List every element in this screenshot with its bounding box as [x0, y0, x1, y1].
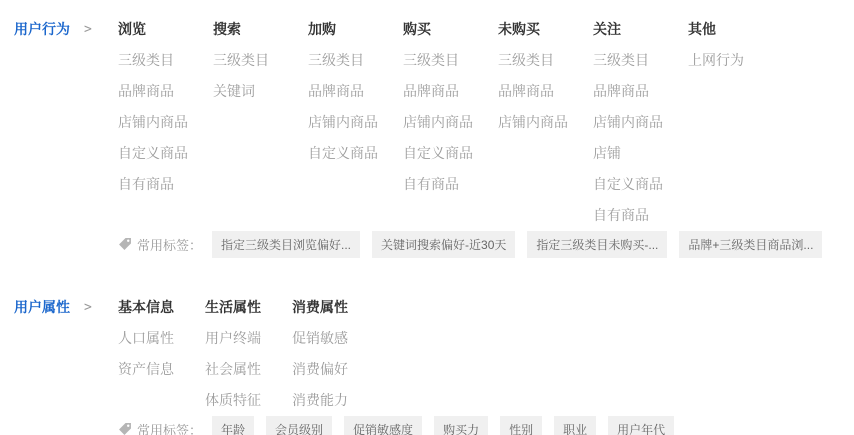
tag-icon: [118, 237, 132, 251]
column-item[interactable]: 社会属性: [205, 353, 292, 384]
column-item[interactable]: 品牌商品: [403, 75, 498, 106]
column-item[interactable]: 关键词: [213, 75, 308, 106]
column-header: 加购: [308, 19, 403, 39]
audience-tag-picker: 用户行为 > 浏览 三级类目品牌商品店铺内商品自定义商品自有商品 搜索 三级类目…: [0, 0, 854, 435]
column-item[interactable]: 资产信息: [118, 353, 205, 384]
category-columns: 浏览 三级类目品牌商品店铺内商品自定义商品自有商品 搜索 三级类目关键词 加购 …: [118, 0, 854, 230]
column-item[interactable]: 体质特征: [205, 384, 292, 415]
column-item[interactable]: 自定义商品: [403, 137, 498, 168]
column-item[interactable]: 三级类目: [403, 44, 498, 75]
column-item[interactable]: 上网行为: [688, 44, 783, 75]
column-header: 生活属性: [205, 297, 292, 317]
column-header: 搜索: [213, 19, 308, 39]
column-header: 购买: [403, 19, 498, 39]
tag-chip[interactable]: 指定三级类目浏览偏好...: [212, 231, 360, 258]
category-column: 消费属性 促销敏感消费偏好消费能力: [292, 297, 379, 415]
category-column: 加购 三级类目品牌商品店铺内商品自定义商品: [308, 19, 403, 230]
column-item[interactable]: 促销敏感: [292, 322, 379, 353]
column-item[interactable]: 三级类目: [213, 44, 308, 75]
category-column: 搜索 三级类目关键词: [213, 19, 308, 230]
common-tags-label: 常用标签：: [137, 420, 202, 435]
chevron-right-icon: >: [84, 22, 92, 37]
tag-chips: 年龄会员级别促销敏感度购买力性别职业用户年代: [212, 416, 686, 435]
tag-chip[interactable]: 关键词搜索偏好-近30天: [372, 231, 515, 258]
column-header: 基本信息: [118, 297, 205, 317]
tag-chip[interactable]: 促销敏感度: [344, 416, 422, 435]
tag-chip[interactable]: 职业: [554, 416, 596, 435]
column-item[interactable]: 三级类目: [118, 44, 213, 75]
column-item[interactable]: 自定义商品: [308, 137, 403, 168]
column-item[interactable]: 店铺内商品: [308, 106, 403, 137]
tag-chip[interactable]: 品牌+三级类目商品浏...: [679, 231, 822, 258]
category-column: 其他 上网行为: [688, 19, 783, 230]
section-body: 基本信息 人口属性资产信息 生活属性 用户终端社会属性体质特征 消费属性 促销敏…: [118, 278, 854, 435]
tag-chip[interactable]: 会员级别: [266, 416, 332, 435]
section-label: 用户属性 >: [0, 278, 118, 317]
tag-chip[interactable]: 购买力: [434, 416, 488, 435]
column-header: 消费属性: [292, 297, 379, 317]
category-column: 关注 三级类目品牌商品店铺内商品店铺自定义商品自有商品: [593, 19, 688, 230]
column-item[interactable]: 品牌商品: [308, 75, 403, 106]
category-columns: 基本信息 人口属性资产信息 生活属性 用户终端社会属性体质特征 消费属性 促销敏…: [118, 278, 854, 415]
tag-chips: 指定三级类目浏览偏好...关键词搜索偏好-近30天指定三级类目未购买-...品牌…: [212, 231, 834, 258]
section-body: 浏览 三级类目品牌商品店铺内商品自定义商品自有商品 搜索 三级类目关键词 加购 …: [118, 0, 854, 256]
column-item[interactable]: 消费能力: [292, 384, 379, 415]
column-item[interactable]: 店铺: [593, 137, 688, 168]
column-item[interactable]: 三级类目: [593, 44, 688, 75]
section-2: 用户属性 > 基本信息 人口属性资产信息 生活属性 用户终端社会属性体质特征 消…: [0, 278, 854, 435]
section-label: 用户行为 >: [0, 0, 118, 39]
common-tags-row: 常用标签： 指定三级类目浏览偏好...关键词搜索偏好-近30天指定三级类目未购买…: [118, 232, 854, 256]
column-item[interactable]: 三级类目: [498, 44, 593, 75]
column-header: 关注: [593, 19, 688, 39]
tag-chip[interactable]: 指定三级类目未购买-...: [527, 231, 667, 258]
common-tags-row: 常用标签： 年龄会员级别促销敏感度购买力性别职业用户年代: [118, 417, 854, 435]
column-item[interactable]: 品牌商品: [593, 75, 688, 106]
common-tags-label: 常用标签：: [137, 235, 202, 254]
column-item[interactable]: 品牌商品: [498, 75, 593, 106]
tag-chip[interactable]: 年龄: [212, 416, 254, 435]
column-item[interactable]: 店铺内商品: [403, 106, 498, 137]
section-title[interactable]: 用户属性: [14, 297, 70, 317]
column-item[interactable]: 店铺内商品: [593, 106, 688, 137]
column-item[interactable]: 用户终端: [205, 322, 292, 353]
tag-icon: [118, 422, 132, 435]
column-item[interactable]: 自有商品: [593, 199, 688, 230]
tag-chip[interactable]: 用户年代: [608, 416, 674, 435]
column-header: 未购买: [498, 19, 593, 39]
category-column: 购买 三级类目品牌商品店铺内商品自定义商品自有商品: [403, 19, 498, 230]
column-item[interactable]: 品牌商品: [118, 75, 213, 106]
section-1: 用户行为 > 浏览 三级类目品牌商品店铺内商品自定义商品自有商品 搜索 三级类目…: [0, 0, 854, 256]
tag-chip[interactable]: 性别: [500, 416, 542, 435]
section-title[interactable]: 用户行为: [14, 19, 70, 39]
column-header: 其他: [688, 19, 783, 39]
column-item[interactable]: 自有商品: [118, 168, 213, 199]
category-column: 基本信息 人口属性资产信息: [118, 297, 205, 415]
chevron-right-icon: >: [84, 300, 92, 315]
category-column: 未购买 三级类目品牌商品店铺内商品: [498, 19, 593, 230]
column-item[interactable]: 人口属性: [118, 322, 205, 353]
category-column: 浏览 三级类目品牌商品店铺内商品自定义商品自有商品: [118, 19, 213, 230]
column-item[interactable]: 自定义商品: [118, 137, 213, 168]
column-item[interactable]: 自定义商品: [593, 168, 688, 199]
column-item[interactable]: 消费偏好: [292, 353, 379, 384]
column-item[interactable]: 店铺内商品: [118, 106, 213, 137]
column-header: 浏览: [118, 19, 213, 39]
column-item[interactable]: 店铺内商品: [498, 106, 593, 137]
category-column: 生活属性 用户终端社会属性体质特征: [205, 297, 292, 415]
column-item[interactable]: 三级类目: [308, 44, 403, 75]
column-item[interactable]: 自有商品: [403, 168, 498, 199]
